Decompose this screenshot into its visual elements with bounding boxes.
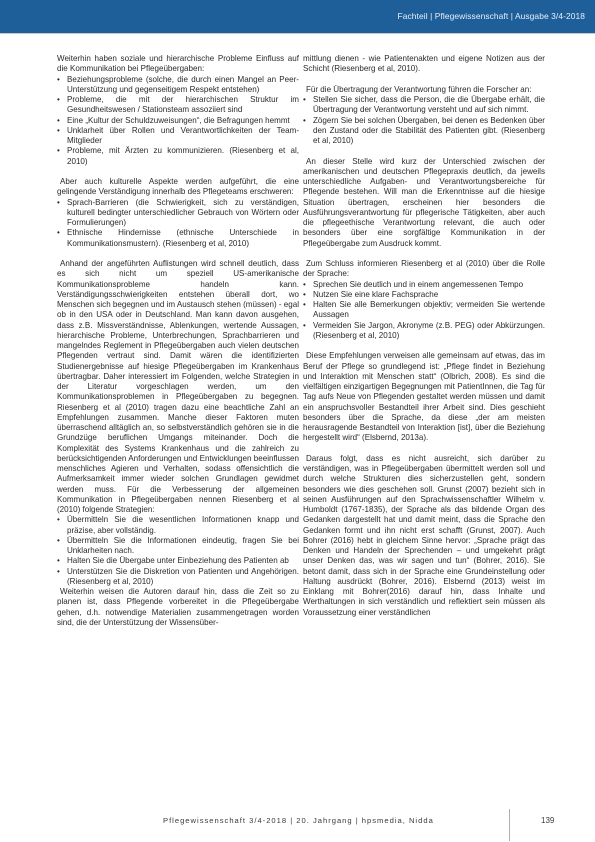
bullet-icon: • xyxy=(57,95,60,105)
bullet-icon: • xyxy=(57,556,60,566)
paragraph: Weiterhin weisen die Autoren darauf hin,… xyxy=(57,587,299,628)
paragraph: Daraus folgt, dass es nicht ausreicht, s… xyxy=(303,454,545,618)
list-item: •Probleme, mit Ärzten zu kommunizieren. … xyxy=(57,146,299,167)
list-item: •Halten Sie alle Bemerkungen objektiv; v… xyxy=(303,300,545,321)
list-item: •Ethnische Hindernisse (ethnische Unters… xyxy=(57,228,299,249)
right-column: mittlung dienen - wie Patientenakten und… xyxy=(303,54,545,618)
paragraph: mittlung dienen - wie Patientenakten und… xyxy=(303,54,545,75)
bullet-icon: • xyxy=(303,95,306,105)
list-item: •Nutzen Sie eine klare Fachsprache xyxy=(303,290,545,300)
paragraph: Zum Schluss informieren Riesenberg et al… xyxy=(303,259,545,280)
list-item: •Beziehungsprobleme (solche, die durch e… xyxy=(57,75,299,96)
list-item: •Probleme, die mit der hierarchischen St… xyxy=(57,95,299,116)
list-item: •Übermitteln Sie die wesentlichen Inform… xyxy=(57,515,299,536)
paragraph: Anhand der angeführten Auflistungen wird… xyxy=(57,259,299,515)
bullet-list: •Beziehungsprobleme (solche, die durch e… xyxy=(57,75,299,167)
paragraph: Aber auch kulturelle Aspekte werden aufg… xyxy=(57,177,299,198)
paragraph: Diese Empfehlungen verweisen alle gemein… xyxy=(303,351,545,443)
bullet-list: •Stellen Sie sicher, dass die Person, di… xyxy=(303,95,545,146)
list-item: •Sprach-Barrieren (die Schwierigkeit, si… xyxy=(57,198,299,229)
bullet-icon: • xyxy=(57,567,60,577)
bullet-icon: • xyxy=(303,290,306,300)
bullet-icon: • xyxy=(57,126,60,136)
list-item: •Vermeiden Sie Jargon, Akronyme (z.B. PE… xyxy=(303,321,545,342)
bullet-icon: • xyxy=(57,536,60,546)
bullet-icon: • xyxy=(57,146,60,156)
bullet-icon: • xyxy=(303,300,306,310)
list-item: •Halten Sie die Übergabe unter Einbezieh… xyxy=(57,556,299,566)
list-item: •Zögern Sie bei solchen Übergaben, bei d… xyxy=(303,116,545,147)
page-number: 139 xyxy=(541,816,554,825)
bullet-icon: • xyxy=(57,116,60,126)
paragraph: Weiterhin haben soziale und hierarchisch… xyxy=(57,54,299,75)
header-bar: Fachteil | Pflegewissenschaft | Ausgabe … xyxy=(0,0,595,34)
bullet-icon: • xyxy=(57,75,60,85)
bullet-list: •Sprechen Sie deutlich und in einem ange… xyxy=(303,280,545,342)
list-item: •Unklarheit über Rollen und Verantwortli… xyxy=(57,126,299,147)
journal-line: Pflegewissenschaft 3/4-2018 | 20. Jahrga… xyxy=(163,816,434,825)
list-item: •Eine „Kultur der Schuldzuweisungen“, di… xyxy=(57,116,299,126)
list-item: •Stellen Sie sicher, dass die Person, di… xyxy=(303,95,545,116)
bullet-icon: • xyxy=(303,321,306,331)
paragraph: An dieser Stelle wird kurz der Unterschi… xyxy=(303,157,545,249)
list-item: •Unterstützen Sie die Diskretion von Pat… xyxy=(57,567,299,588)
running-title: Fachteil | Pflegewissenschaft | Ausgabe … xyxy=(398,11,585,21)
bullet-icon: • xyxy=(57,515,60,525)
list-item: •Sprechen Sie deutlich und in einem ange… xyxy=(303,280,545,290)
bullet-list: •Sprach-Barrieren (die Schwierigkeit, si… xyxy=(57,198,299,249)
bullet-icon: • xyxy=(57,228,60,238)
footer-divider xyxy=(509,809,510,841)
paragraph: Für die Übertragung der Verantwortung fü… xyxy=(303,85,545,95)
bullet-list: •Übermitteln Sie die wesentlichen Inform… xyxy=(57,515,299,587)
bullet-icon: • xyxy=(303,116,306,126)
list-item: •Übermitteln Sie die Informationen einde… xyxy=(57,536,299,557)
page-footer: Pflegewissenschaft 3/4-2018 | 20. Jahrga… xyxy=(0,815,595,842)
bullet-icon: • xyxy=(57,198,60,208)
left-column: Weiterhin haben soziale und hierarchisch… xyxy=(57,54,299,628)
bullet-icon: • xyxy=(303,280,306,290)
